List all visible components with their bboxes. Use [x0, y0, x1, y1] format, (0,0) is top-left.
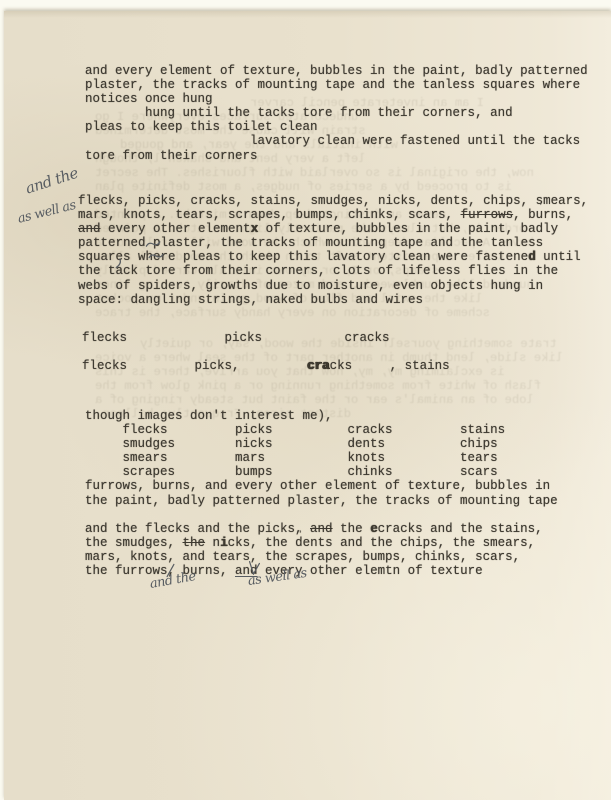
comma-after-tack [115, 257, 124, 269]
insertion-caret-after-and [247, 561, 260, 576]
hw-as-well-as-top: as well as [16, 198, 77, 227]
hw-and-the-top: and the [23, 164, 80, 198]
squiggle-over-from [148, 251, 165, 259]
handwritten-annotation-layer: and theas well asand theas well as [0, 0, 611, 800]
scanned-typewritten-page: { "document": { "kind": "typewritten poe… [0, 0, 611, 800]
squiggle-over-pleas [145, 239, 162, 249]
